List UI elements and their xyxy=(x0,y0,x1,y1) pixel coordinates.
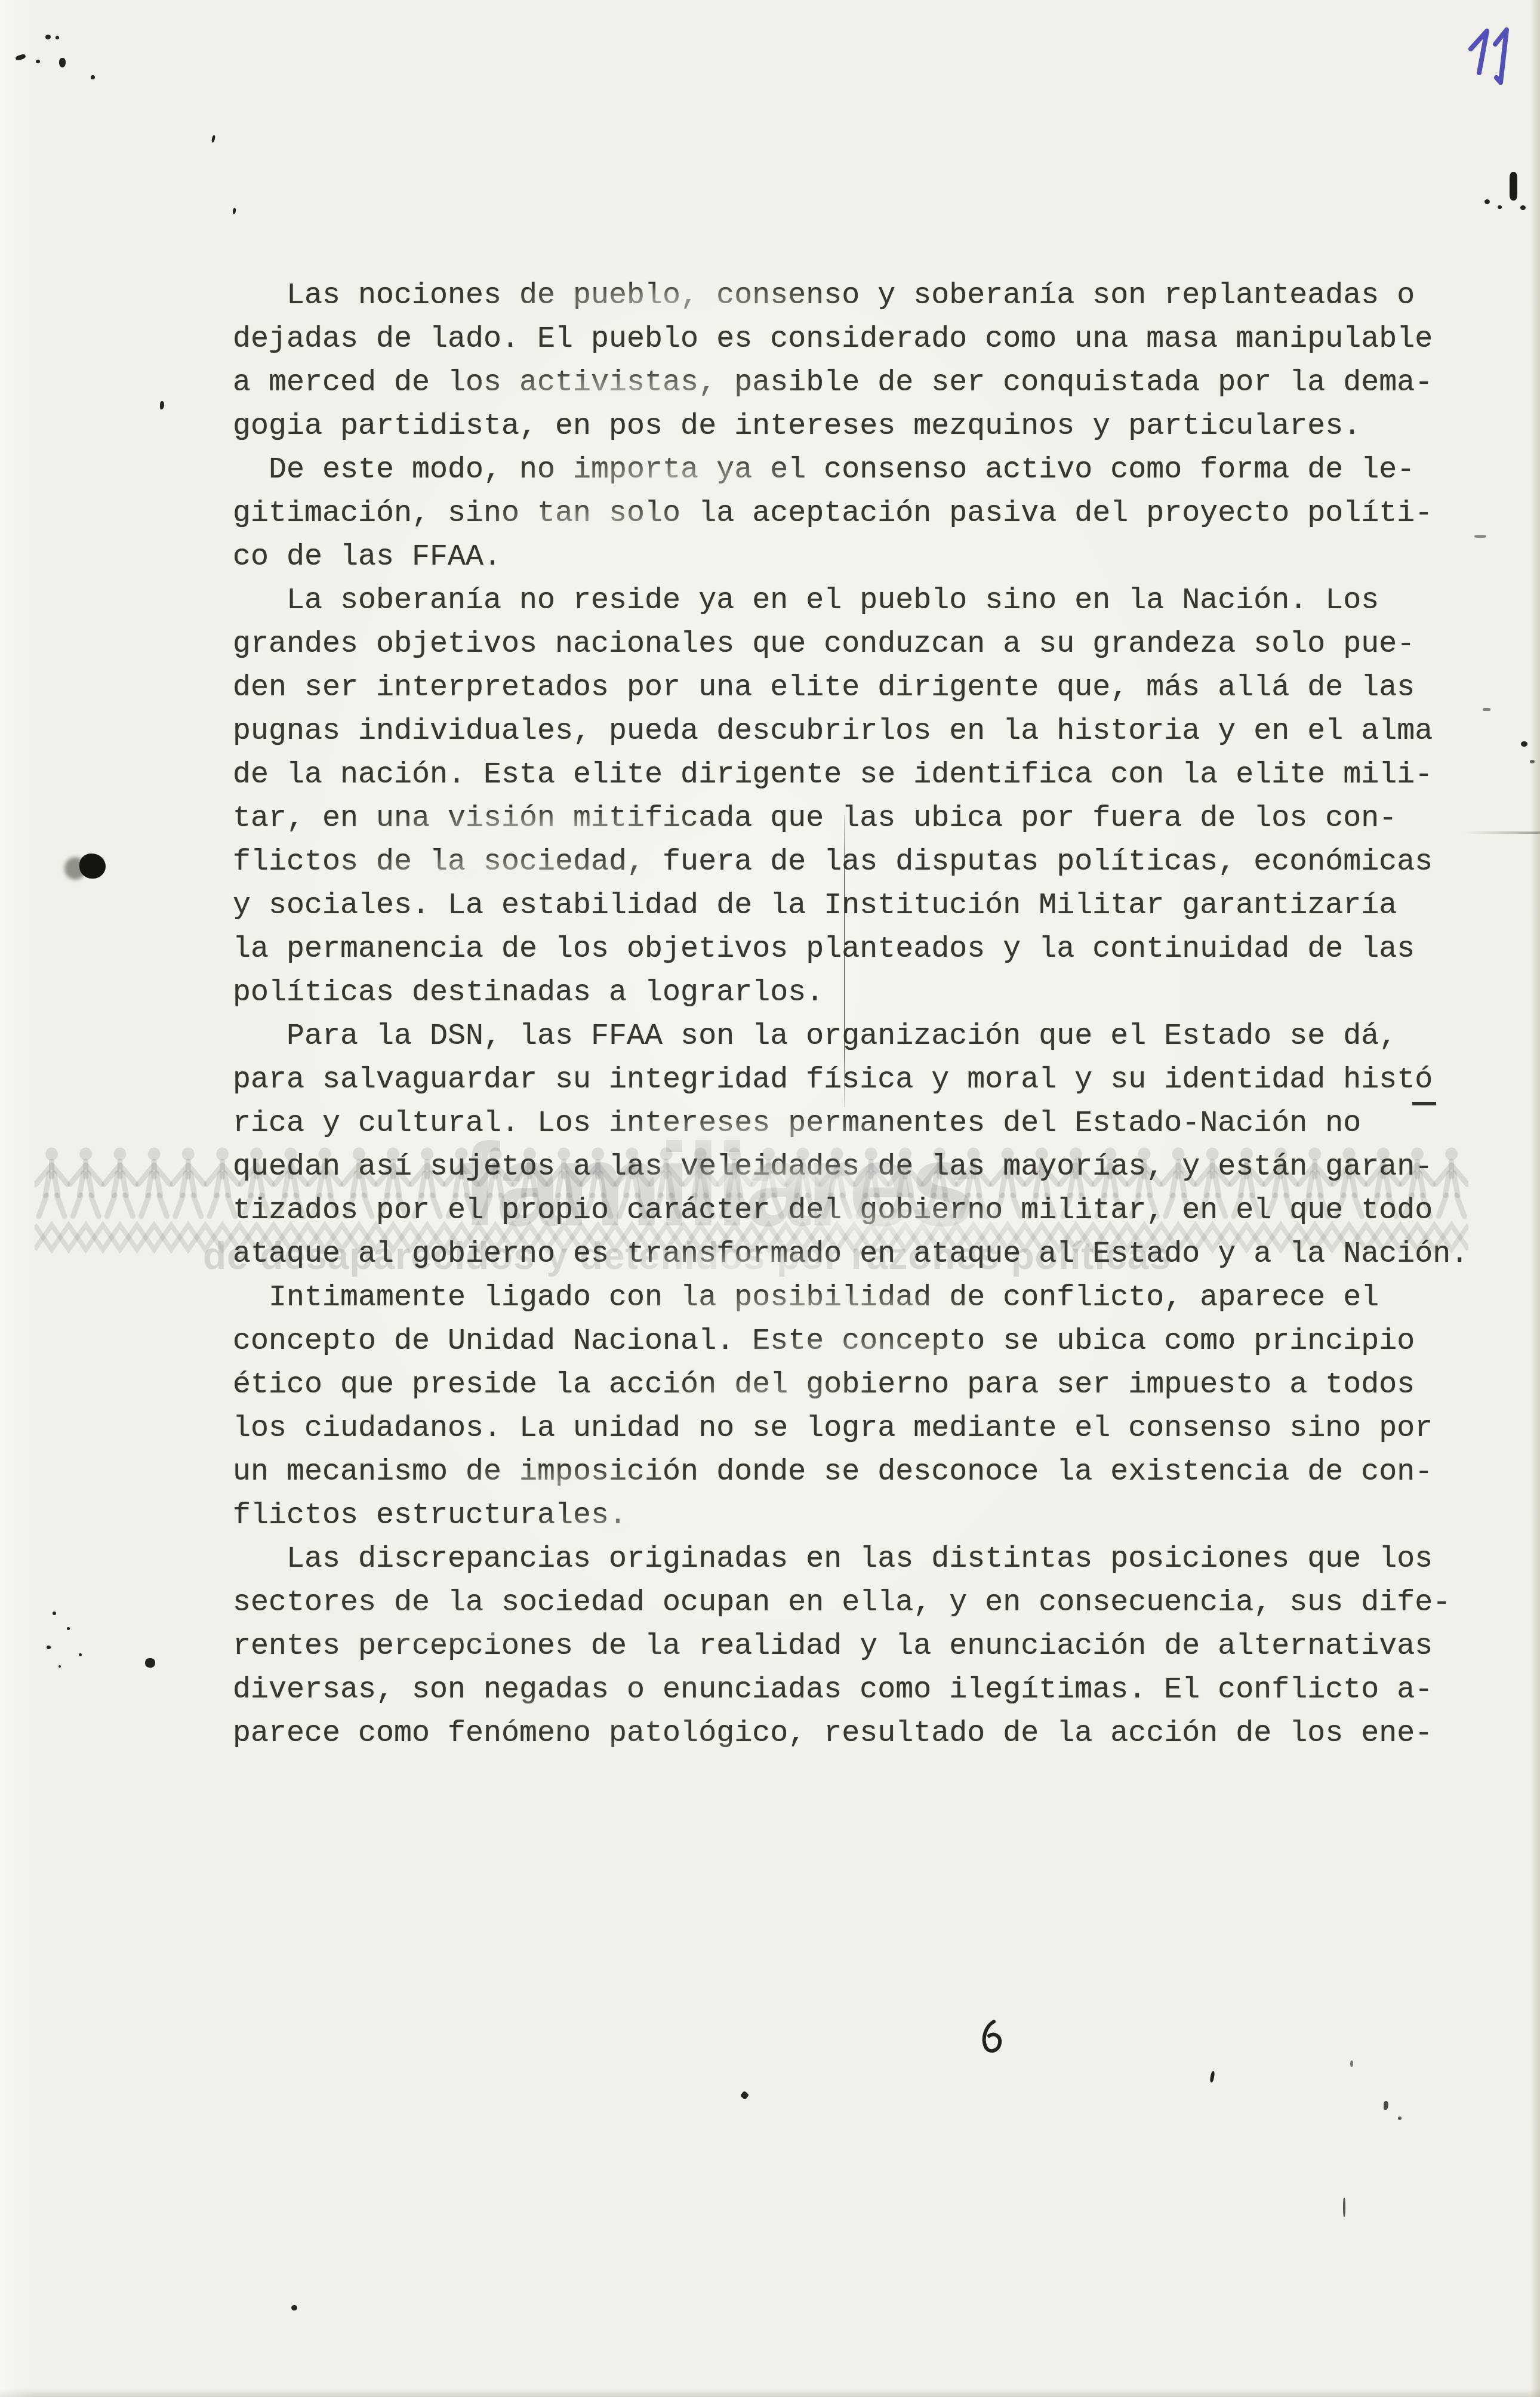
text-line: concepto de Unidad Nacional. Este concep… xyxy=(233,1320,1486,1363)
ink-speck xyxy=(56,36,59,39)
ink-speck xyxy=(291,2305,297,2310)
handwritten-page-number: 11 xyxy=(1462,18,1528,95)
ink-speck xyxy=(67,1627,70,1630)
text-line: quedan así sujetos a las veleidades de l… xyxy=(233,1145,1486,1189)
ink-speck xyxy=(1384,2101,1388,2110)
text-line: a merced de los activistas, pasible de s… xyxy=(233,361,1486,405)
typed-underline-mark xyxy=(1412,1102,1436,1105)
ink-speck xyxy=(1530,760,1535,763)
text-line: Para la DSN, las FFAA son la organizació… xyxy=(233,1015,1486,1058)
ink-speck xyxy=(1484,199,1490,204)
ink-speck xyxy=(1483,708,1490,711)
text-line: gitimación, sino tan solo la aceptación … xyxy=(233,492,1486,535)
ink-speck xyxy=(1474,535,1486,538)
text-line: gogia partidista, en pos de intereses me… xyxy=(233,405,1486,448)
text-line: rentes percepciones de la realidad y la … xyxy=(233,1625,1486,1668)
text-line: La soberanía no reside ya en el pueblo s… xyxy=(233,579,1486,623)
text-line: la permanencia de los objetivos plantead… xyxy=(233,928,1486,971)
text-line: políticas destinadas a lograrlos. xyxy=(233,971,1486,1015)
text-line: flictos de la sociedad, fuera de las dis… xyxy=(233,840,1486,884)
ink-speck xyxy=(211,135,216,143)
ink-speck xyxy=(1521,741,1527,747)
ink-speck xyxy=(1350,2060,1353,2067)
ink-speck xyxy=(79,1653,82,1656)
ink-speck xyxy=(1209,2071,1215,2083)
text-line: diversas, son negadas o enunciadas como … xyxy=(233,1668,1486,1712)
text-line: tizados por el propio carácter del gobie… xyxy=(233,1189,1486,1233)
ink-speck xyxy=(1520,205,1526,210)
typewritten-text: Las nociones de pueblo, consenso y sober… xyxy=(233,274,1486,1755)
text-line: de la nación. Esta elite dirigente se id… xyxy=(233,753,1486,797)
text-line: grandes objetivos nacionales que conduzc… xyxy=(233,623,1486,666)
ink-speck xyxy=(232,208,236,215)
text-line: Las nociones de pueblo, consenso y sober… xyxy=(233,274,1486,318)
text-line: tar, en una visión mitificada que las ub… xyxy=(233,797,1486,840)
text-line: dejadas de lado. El pueblo es considerad… xyxy=(233,318,1486,361)
ink-speck xyxy=(91,75,95,79)
ink-speck xyxy=(145,1658,155,1668)
ink-speck xyxy=(58,1665,61,1668)
ink-speck xyxy=(47,1646,51,1649)
text-line: ataque al gobierno es transformado en at… xyxy=(233,1233,1486,1276)
scanned-document-page: familiares de desaparecidos y detenidos … xyxy=(0,0,1540,2397)
text-line: co de las FFAA. xyxy=(233,535,1486,579)
text-line: Intimamente ligado con la posibilidad de… xyxy=(233,1276,1486,1320)
ink-speck xyxy=(15,54,26,61)
text-line: y sociales. La estabilidad de la Institu… xyxy=(233,884,1486,928)
text-line: rica y cultural. Los intereses permanent… xyxy=(233,1102,1486,1145)
text-line: ético que preside la acción del gobierno… xyxy=(233,1363,1486,1407)
text-line: De este modo, no importa ya el consenso … xyxy=(233,448,1486,492)
text-line: para salvaguardar su integridad física y… xyxy=(233,1058,1486,1102)
text-line: sectores de la sociedad ocupan en ella, … xyxy=(233,1581,1486,1625)
ink-speck xyxy=(160,401,164,409)
ink-speck xyxy=(59,58,66,67)
ink-speck xyxy=(45,35,51,39)
text-line: un mecanismo de imposición donde se desc… xyxy=(233,1450,1486,1494)
ink-speck xyxy=(53,1612,56,1615)
ink-speck xyxy=(740,2091,749,2100)
text-line: parece como fenómeno patológico, resulta… xyxy=(233,1712,1486,1755)
ink-speck xyxy=(1343,2198,1345,2217)
ink-squiggle xyxy=(976,2014,1012,2068)
text-line: den ser interpretados por una elite diri… xyxy=(233,666,1486,710)
ink-speck xyxy=(36,60,40,63)
ink-speck xyxy=(1398,2116,1402,2120)
scan-hairline-artifact xyxy=(844,815,845,1107)
text-line: los ciudadanos. La unidad no se logra me… xyxy=(233,1407,1486,1450)
scan-streak-artifact xyxy=(1464,831,1540,834)
ink-speck xyxy=(1498,205,1502,209)
text-line: pugnas individuales, pueda descubrirlos … xyxy=(233,710,1486,753)
text-line: flictos estructurales. xyxy=(233,1494,1486,1538)
ink-blob xyxy=(79,854,106,879)
text-line: Las discrepancias originadas en las dist… xyxy=(233,1538,1486,1581)
ink-blotch xyxy=(1510,172,1517,201)
